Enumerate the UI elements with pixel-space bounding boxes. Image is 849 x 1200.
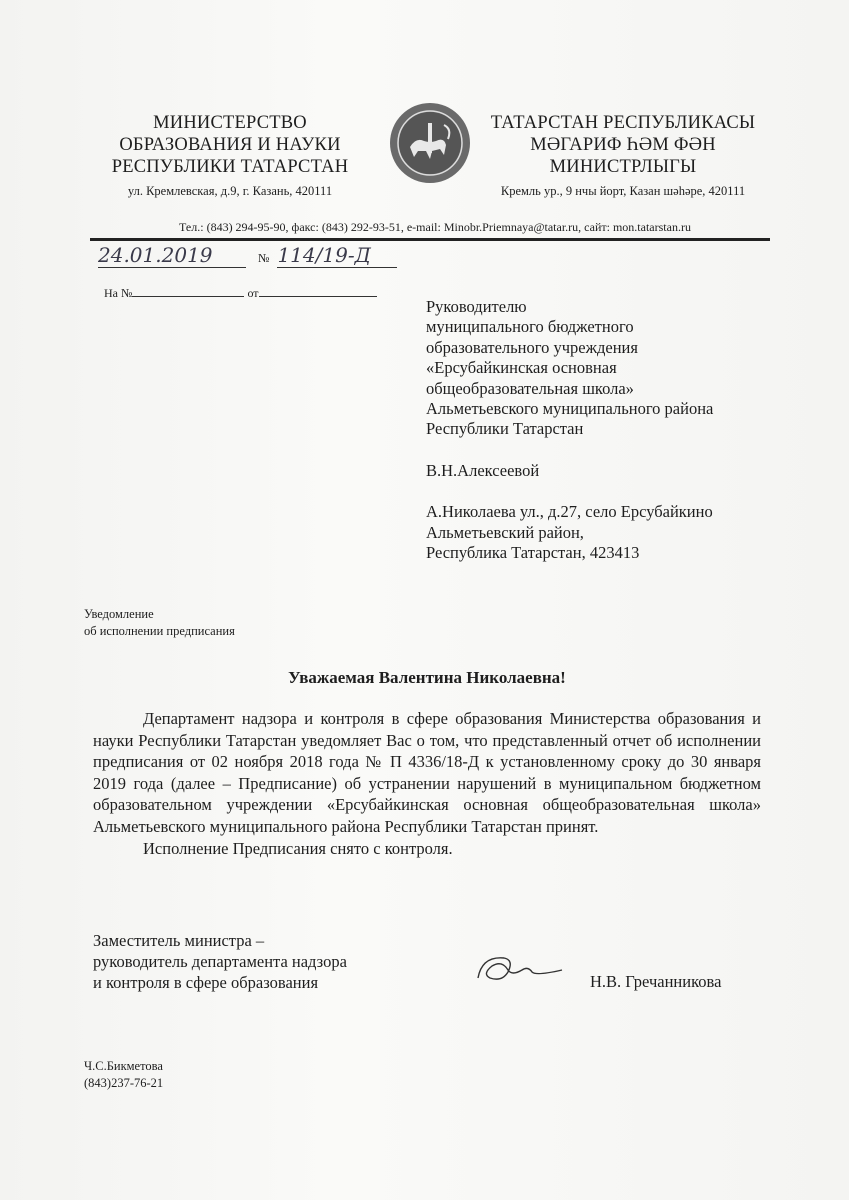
recipient-line: «Ерсубайкинская основная <box>426 358 713 378</box>
ministry-title-ru: МИНИСТЕРСТВО ОБРАЗОВАНИЯ И НАУКИ РЕСПУБЛ… <box>100 112 360 178</box>
title-line: МӘГАРИФ ҺӘМ ФӘН <box>488 134 758 156</box>
letter-body: Департамент надзора и контроля в сфере о… <box>93 708 761 859</box>
recipient-block: Руководителю муниципального бюджетного о… <box>426 297 713 563</box>
tatarstan-coat-of-arms-icon <box>388 101 472 185</box>
header-divider <box>90 238 770 241</box>
reply-label: На № <box>104 286 132 300</box>
ministry-title-tt: ТАТАРСТАН РЕСПУБЛИКАСЫ МӘГАРИФ ҺӘМ ФӘН М… <box>488 112 758 178</box>
reply-date-blank <box>259 284 377 297</box>
subject-line: об исполнении предписания <box>84 623 235 640</box>
registration-date: 24.01.2019 <box>98 243 246 268</box>
recipient-line: образовательного учреждения <box>426 338 713 358</box>
ministry-address-ru: ул. Кремлевская, д.9, г. Казань, 420111 <box>100 184 360 199</box>
ministry-address-tt: Кремль ур., 9 нчы йорт, Казан шәһәре, 42… <box>478 184 768 199</box>
subject-line: Уведомление <box>84 606 235 623</box>
recipient-line: Республики Татарстан <box>426 419 713 439</box>
recipient-line: Руководителю <box>426 297 713 317</box>
executor-block: Ч.С.Бикметова (843)237-76-21 <box>84 1058 163 1092</box>
signatory-position: Заместитель министра – руководитель депа… <box>93 930 347 993</box>
body-paragraph: Департамент надзора и контроля в сфере о… <box>93 708 761 838</box>
recipient-address-line: А.Николаева ул., д.27, село Ерсубайкино <box>426 502 713 522</box>
recipient-address-line: Республика Татарстан, 423413 <box>426 543 713 563</box>
recipient-line: муниципального бюджетного <box>426 317 713 337</box>
registration-line: 24.01.2019 № 114/19-Д <box>98 243 397 268</box>
position-line: руководитель департамента надзора <box>93 951 347 972</box>
signatory-name: Н.В. Гречанникова <box>590 972 721 992</box>
from-label: от <box>247 286 258 300</box>
title-line: РЕСПУБЛИКИ ТАТАРСТАН <box>100 156 360 178</box>
reply-reference: На № от <box>104 284 377 301</box>
handwritten-signature-icon <box>470 948 570 997</box>
reply-number-blank <box>132 284 244 297</box>
recipient-name: В.Н.Алексеевой <box>426 461 713 481</box>
title-line: ОБРАЗОВАНИЯ И НАУКИ <box>100 134 360 156</box>
position-line: Заместитель министра – <box>93 930 347 951</box>
registration-number: 114/19-Д <box>277 243 397 268</box>
recipient-address-line: Альметьевский район, <box>426 523 713 543</box>
body-paragraph: Исполнение Предписания снято с контроля. <box>93 838 761 860</box>
executor-phone: (843)237-76-21 <box>84 1075 163 1092</box>
greeting: Уважаемая Валентина Николаевна! <box>93 668 761 688</box>
recipient-line: Альметьевского муниципального района <box>426 399 713 419</box>
title-line: МИНИСТЕРСТВО <box>100 112 360 134</box>
title-line: МИНИСТРЛЫГЫ <box>488 156 758 178</box>
recipient-line: общеобразовательная школа» <box>426 379 713 399</box>
number-sign: № <box>258 251 269 265</box>
title-line: ТАТАРСТАН РЕСПУБЛИКАСЫ <box>488 112 758 134</box>
position-line: и контроля в сфере образования <box>93 972 347 993</box>
contacts-line: Тел.: (843) 294-95-90, факс: (843) 292-9… <box>95 220 775 235</box>
subject: Уведомление об исполнении предписания <box>84 606 235 640</box>
executor-name: Ч.С.Бикметова <box>84 1058 163 1075</box>
